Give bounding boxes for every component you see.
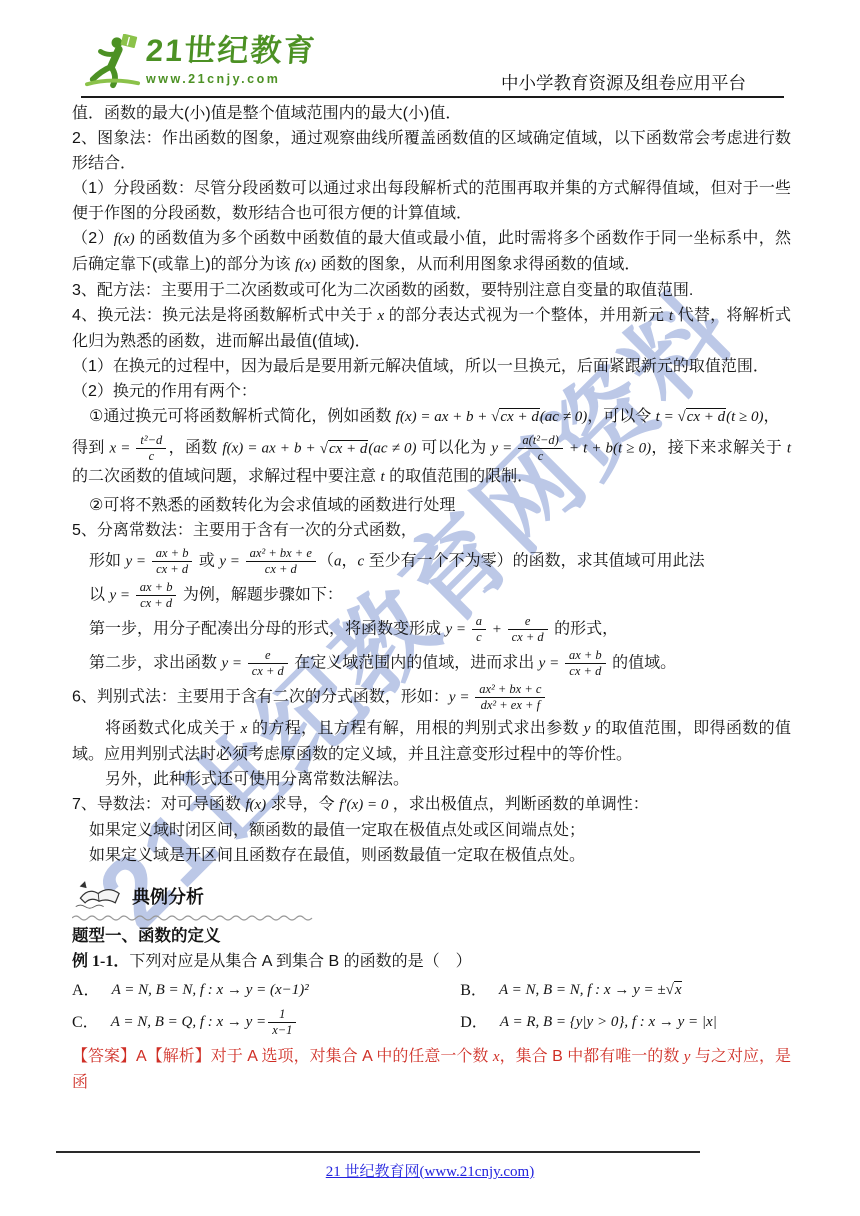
option: A．A = N, B = N, f : x → y = (x−1)² — [72, 978, 460, 1003]
paragraph: 如果定义域是开区间且函数存在最值，则函数最值一定取在极值点处。 — [72, 843, 791, 868]
paragraph: （1）分段函数：尽管分段函数可以通过求出每段解析式的范围再取并集的方式解得值域，… — [72, 176, 791, 226]
brand-logo: 21世纪教育 www.21cnjy.com — [84, 34, 316, 90]
topic-heading: 题型一、函数的定义 — [72, 924, 791, 949]
paragraph: ②可将不熟悉的函数转化为会求值域的函数进行处理 — [72, 493, 791, 518]
header-rule — [81, 96, 784, 98]
paragraph: 3、配方法：主要用于二次函数或可化为二次函数的函数，要特别注意自变量的取值范围. — [72, 278, 791, 303]
answer-line: 【答案】A【解析】对于 A 选项，对集合 A 中的任意一个数 x，集合 B 中都… — [72, 1044, 791, 1095]
paragraph: 形如 y = ax + bcx + d 或 y = ax² + bx + ecx… — [72, 546, 791, 577]
footer-rule — [56, 1151, 700, 1153]
examples-section: 题型一、函数的定义例 1-1．下列对应是从集合 A 到集合 B 的函数的是（ ）… — [72, 924, 791, 1095]
brand-name: 21世纪教育 — [145, 34, 318, 68]
sqrt-formula: √cx + d — [491, 409, 540, 425]
document-body: 值．函数的最大(小)值是整个值域范围内的最大(小)值．2、图象法：作出函数的图象… — [72, 101, 791, 1095]
fraction-formula: 1x−1 — [268, 1007, 296, 1038]
section-title: 典例分析 — [132, 883, 204, 909]
paragraph: 将函数式化成关于 x 的方程，且方程有解，用根的判别式求出参数 y 的取值范围，… — [72, 716, 791, 767]
paragraph: 以 y = ax + bcx + d 为例，解题步骤如下： — [72, 580, 791, 611]
paragraph: 第二步，求出函数 y = ecx + d 在定义域范围内的值域，进而求出 y =… — [72, 648, 791, 679]
fraction-formula: t²−dc — [136, 433, 166, 464]
sqrt-formula: √cx + d — [677, 409, 726, 425]
paragraph: （2）换元的作用有两个： — [72, 379, 791, 404]
fraction-formula: ax² + bx + ecx + d — [246, 546, 316, 577]
header-tagline: 中小学教育资源及组卷应用平台 — [501, 70, 746, 95]
option-label: D． — [460, 1010, 488, 1035]
logo-text: 21世纪教育 www.21cnjy.com — [146, 34, 316, 86]
paragraph: 6、判别式法：主要用于含有二次的分式函数，形如：y = ax² + bx + c… — [72, 682, 791, 713]
fraction-formula: ax + bcx + d — [152, 546, 193, 577]
fraction-formula: ecx + d — [248, 648, 288, 679]
paragraph: ①通过换元可将函数解析式简化，例如函数 f(x) = ax + b + √cx … — [72, 404, 791, 430]
paragraph: 得到 x = t²−dc，函数 f(x) = ax + b + √cx + d(… — [72, 433, 791, 490]
paragraph: 值．函数的最大(小)值是整个值域范围内的最大(小)值． — [72, 101, 791, 126]
section-header: 典例分析 — [72, 876, 791, 920]
paragraph: 5、分离常数法：主要用于含有一次的分式函数， — [72, 518, 791, 543]
paragraph: 7、导数法：对可导函数 f(x) 求导，令 f′(x) = 0 ，求出极值点，判… — [72, 792, 791, 818]
brand-url: www.21cnjy.com — [146, 72, 316, 86]
fraction-formula: ax² + bx + cdx² + ex + f — [475, 682, 545, 713]
option-label: B． — [460, 978, 487, 1003]
option: B．A = N, B = N, f : x → y = ±√x — [460, 978, 791, 1003]
paragraph: 4、换元法：换元法是将函数解析式中关于 x 的部分表达式视为一个整体，并用新元 … — [72, 303, 791, 354]
paragraph: 另外，此种形式还可使用分离常数法解法。 — [72, 767, 791, 792]
paragraph: 2、图象法：作出函数的图象，通过观察曲线所覆盖函数值的区域确定值域，以下函数常会… — [72, 126, 791, 176]
paragraph: 例 1-1．下列对应是从集合 A 到集合 B 的函数的是（ ） — [72, 949, 791, 974]
paragraph: （2）f(x) 的函数值为多个函数中函数值的最大值或最小值，此时需将多个函数作于… — [72, 226, 791, 278]
book-icon — [74, 878, 124, 909]
footer-link[interactable]: 21 世纪教育网(www.21cnjy.com) — [0, 1160, 860, 1181]
options-row: A．A = N, B = N, f : x → y = (x−1)²B．A = … — [72, 978, 791, 1003]
fraction-formula: ax + bcx + d — [136, 580, 177, 611]
options-row: C．A = N, B = Q, f : x → y = 1x−1D．A = R,… — [72, 1007, 791, 1038]
wavy-underline — [72, 913, 322, 921]
option: D．A = R, B = {y|y > 0}, f : x → y = |x| — [460, 1010, 791, 1035]
option-label: A． — [72, 978, 100, 1003]
fraction-formula: a(t²−d)c — [518, 433, 562, 464]
option: C．A = N, B = Q, f : x → y = 1x−1 — [72, 1007, 460, 1038]
paragraph: （1）在换元的过程中，因为最后是要用新元解决值域，所以一旦换元，后面紧跟新元的取… — [72, 354, 791, 379]
fraction-formula: ax + bcx + d — [565, 648, 606, 679]
option-label: C． — [72, 1010, 99, 1035]
logo-runner-icon — [84, 34, 142, 90]
fraction-formula: ecx + d — [508, 614, 548, 645]
paragraph: 第一步，用分子配凑出分母的形式，将函数变形成 y = ac + ecx + d … — [72, 614, 791, 645]
sqrt-formula: √cx + d — [320, 441, 369, 457]
document-page: 21世纪教育网资料 21世纪教育 www.21cnjy.com 中小学教育资源及… — [0, 0, 860, 1216]
paragraph: 如果定义域时闭区间，额函数的最值一定取在极值点处或区间端点处； — [72, 818, 791, 843]
methods-section: 值．函数的最大(小)值是整个值域范围内的最大(小)值．2、图象法：作出函数的图象… — [72, 101, 791, 868]
sqrt-formula: √x — [666, 978, 683, 1003]
fraction-formula: ac — [472, 614, 486, 645]
